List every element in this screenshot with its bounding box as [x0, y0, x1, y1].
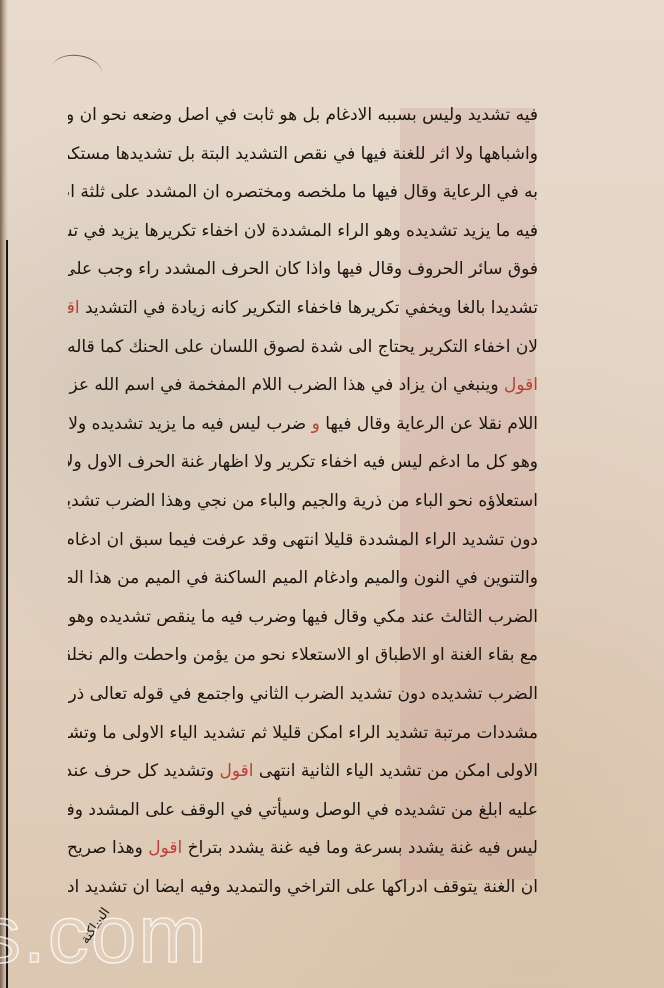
line-text: الضرب تشديده دون تشديد الضرب الثاني واجت…: [68, 684, 538, 704]
line-text: الاولى امكن من تشديد الياء الثانية انتهى: [259, 761, 538, 781]
manuscript-line: ليس فيه غنة يشدد بسرعة وما فيه غنة يشدد …: [68, 829, 538, 868]
line-text: واشباهها ولا اثر للغنة فيها في نقص التشد…: [68, 144, 538, 164]
line-text: به في الرعاية وقال فيها ما ملخصه ومختصره…: [68, 182, 538, 202]
line-text: اللام نقلا عن الرعاية وقال فيها: [325, 414, 538, 434]
manuscript-line: الضرب تشديده دون تشديد الضرب الثاني واجت…: [68, 675, 538, 714]
rubric-word: اقول: [220, 761, 254, 781]
line-text: عليه ابلغ من تشديده في الوصل وسيأتي في ا…: [68, 800, 538, 820]
line-text: لان اخفاء التكرير يحتاج الى شدة لصوق الل…: [68, 337, 538, 357]
manuscript-line: وهو كل ما ادغم ليس فيه اخفاء تكرير ولا ا…: [68, 443, 538, 482]
line-text: تشديدا بالغا ويخفي تكريرها فاخفاء التكري…: [85, 298, 538, 318]
line-text: وهو كل ما ادغم ليس فيه اخفاء تكرير ولا ا…: [68, 452, 538, 472]
rubric-word: اقول: [504, 375, 538, 395]
line-text: فيه تشديد وليس بسببه الادغام بل هو ثابت …: [68, 105, 538, 125]
rubric-word: اقول: [148, 838, 182, 858]
manuscript-line: استعلاؤه نحو الباء من ذرية والجيم والباء…: [68, 482, 538, 521]
line-text: وهذا صريح في: [68, 838, 143, 858]
manuscript-line: به في الرعاية وقال فيها ما ملخصه ومختصره…: [68, 173, 538, 212]
watermark-text: s.com: [0, 888, 209, 982]
manuscript-line: فيه تشديد وليس بسببه الادغام بل هو ثابت …: [68, 96, 538, 135]
manuscript-page: فيه تشديد وليس بسببه الادغام بل هو ثابت …: [0, 0, 664, 988]
line-text: وتشديد كل حرف عند الوقف: [68, 761, 214, 781]
line-text: والتنوين في النون والميم وادغام الميم ال…: [68, 568, 538, 588]
line-text: استعلاؤه نحو الباء من ذرية والجيم والباء…: [68, 491, 538, 511]
line-text: دون تشديد الراء المشددة قليلا انتهى وقد …: [68, 530, 538, 550]
manuscript-line: فوق سائر الحروف وقال فيها واذا كان الحرف…: [68, 250, 538, 289]
line-text: ضرب ليس فيه ما يزيد تشديده ولا ما ينقصه: [68, 414, 306, 434]
page-border-line: [6, 240, 8, 988]
line-text: فوق سائر الحروف وقال فيها واذا كان الحرف…: [68, 259, 538, 279]
manuscript-line: اقول وينبغي ان يزاد في هذا الضرب اللام ا…: [68, 366, 538, 405]
line-text: ليس فيه غنة يشدد بسرعة وما فيه غنة يشدد …: [188, 838, 538, 858]
manuscript-line: الضرب الثالث عند مكي وقال فيها وضرب فيه …: [68, 598, 538, 637]
line-text: الضرب الثالث عند مكي وقال فيها وضرب فيه …: [68, 607, 538, 627]
manuscript-line: والتنوين في النون والميم وادغام الميم ال…: [68, 559, 538, 598]
manuscript-line: الاولى امكن من تشديد الياء الثانية انتهى…: [68, 752, 538, 791]
manuscript-line: فيه ما يزيد تشديده وهو الراء المشددة لان…: [68, 212, 538, 251]
manuscript-line: تشديدا بالغا ويخفي تكريرها فاخفاء التكري…: [68, 289, 538, 328]
manuscript-line: اللام نقلا عن الرعاية وقال فيها و ضرب لي…: [68, 405, 538, 444]
line-text: فيه ما يزيد تشديده وهو الراء المشددة لان…: [68, 221, 538, 241]
manuscript-text-block: فيه تشديد وليس بسببه الادغام بل هو ثابت …: [68, 96, 538, 906]
line-text: مشددات مرتبة تشديد الراء امكن قليلا ثم ت…: [68, 723, 538, 743]
rubric-word: و: [312, 414, 320, 434]
manuscript-line: واشباهها ولا اثر للغنة فيها في نقص التشد…: [68, 135, 538, 174]
manuscript-line: مع بقاء الغنة او الاطباق او الاستعلاء نح…: [68, 636, 538, 675]
manuscript-line: مشددات مرتبة تشديد الراء امكن قليلا ثم ت…: [68, 714, 538, 753]
rubric-word: اقول: [68, 298, 80, 318]
manuscript-line: لان اخفاء التكرير يحتاج الى شدة لصوق الل…: [68, 328, 538, 367]
pen-stroke-mark: [50, 52, 104, 90]
line-text: وينبغي ان يزاد في هذا الضرب اللام المفخم…: [68, 375, 499, 395]
line-text: مع بقاء الغنة او الاطباق او الاستعلاء نح…: [68, 645, 538, 665]
manuscript-line: عليه ابلغ من تشديده في الوصل وسيأتي في ا…: [68, 791, 538, 830]
manuscript-line: دون تشديد الراء المشددة قليلا انتهى وقد …: [68, 521, 538, 560]
